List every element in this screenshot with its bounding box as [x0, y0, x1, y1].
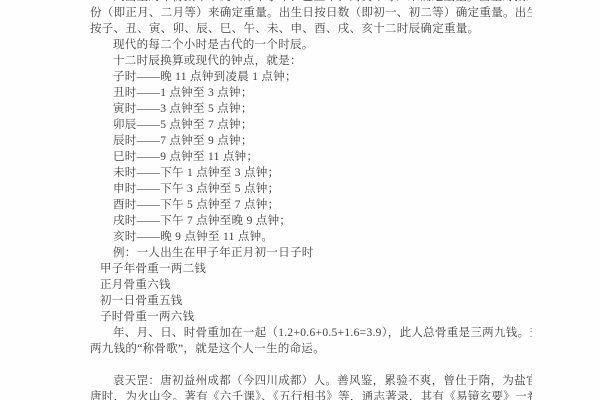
text-line: 子时骨重一两六钱 [90, 309, 532, 325]
text-line-chen-hour: 辰时——7 点钟至 9 点钟； [90, 133, 532, 149]
text-line: 十二时辰换算或现代的钟点，就是： [90, 53, 532, 69]
text-line-hai-hour: 亥时——晚 9 点钟至 11 点钟。 [90, 229, 532, 245]
text-line-shen-hour: 申时——下午 3 点钟至 5 点钟； [90, 181, 532, 197]
text-line: 按子、丑、寅、卯、辰、巳、午、未、申、酉、戌、亥十二时辰确定重量。 [90, 21, 532, 37]
text-line: 两九钱的“称骨歌”，就是这个人一生的命运。 [90, 341, 532, 357]
text-line: 现代的每二个小时是古代的一个时辰。 [90, 37, 532, 53]
text-line: 甲子年骨重一两二钱 [90, 261, 532, 277]
text-column: 人出生的年份按年干支（即甲子年、乙丑年、丙寅年等）来确定重量。出生月按月 份（即… [90, 0, 532, 400]
text-line: 年、月、日、时骨重加在一起（1.2+0.6+0.5+1.6=3.9），此人总骨重… [90, 325, 532, 341]
text-line-chou-hour: 丑时——1 点钟至 3 点钟； [90, 85, 532, 101]
text-line-xu-hour: 戌时——下午 7 点钟至晚 9 点钟； [90, 213, 532, 229]
text-line-zi-hour: 子时——晚 11 点钟到凌晨 1 点钟； [90, 69, 532, 85]
text-line: 初一日骨重五钱 [90, 293, 532, 309]
text-line-mao-hour: 卯辰——5 点钟至 7 点钟； [90, 117, 532, 133]
text-line-yuan-tiangang-bio: 唐时，为火山令。著有《六壬课》、《五行相书》等，通志著录，其有《易镜玄要》一卷，… [90, 389, 532, 400]
text-line-example: 例：一人出生在甲子年正月初一日子时 [90, 245, 532, 261]
scanned-document-page: 人出生的年份按年干支（即甲子年、乙丑年、丙寅年等）来确定重量。出生月按月 份（即… [0, 0, 600, 400]
blank-line [90, 357, 532, 373]
text-line: 正月骨重六钱 [90, 277, 532, 293]
text-line-si-hour: 巳时——9 点钟至 11 点钟； [90, 149, 532, 165]
text-line-you-hour: 酉时——下午 5 点钟至 7 点钟； [90, 197, 532, 213]
text-line-wei-hour: 未时——下午 1 点钟至 3 点钟； [90, 165, 532, 181]
text-line: 份（即正月、二月等）来确定重量。出生日按日数（即初一、初二等）确定重量。出生时辰 [90, 5, 532, 21]
text-line-yin-hour: 寅时——3 点钟至 5 点钟； [90, 101, 532, 117]
text-line-yuan-tiangang-bio: 袁天罡：唐初益州成都（今四川成都）人。善风鉴，累验不爽，曾仕于隋，为盐官令。 [90, 373, 532, 389]
